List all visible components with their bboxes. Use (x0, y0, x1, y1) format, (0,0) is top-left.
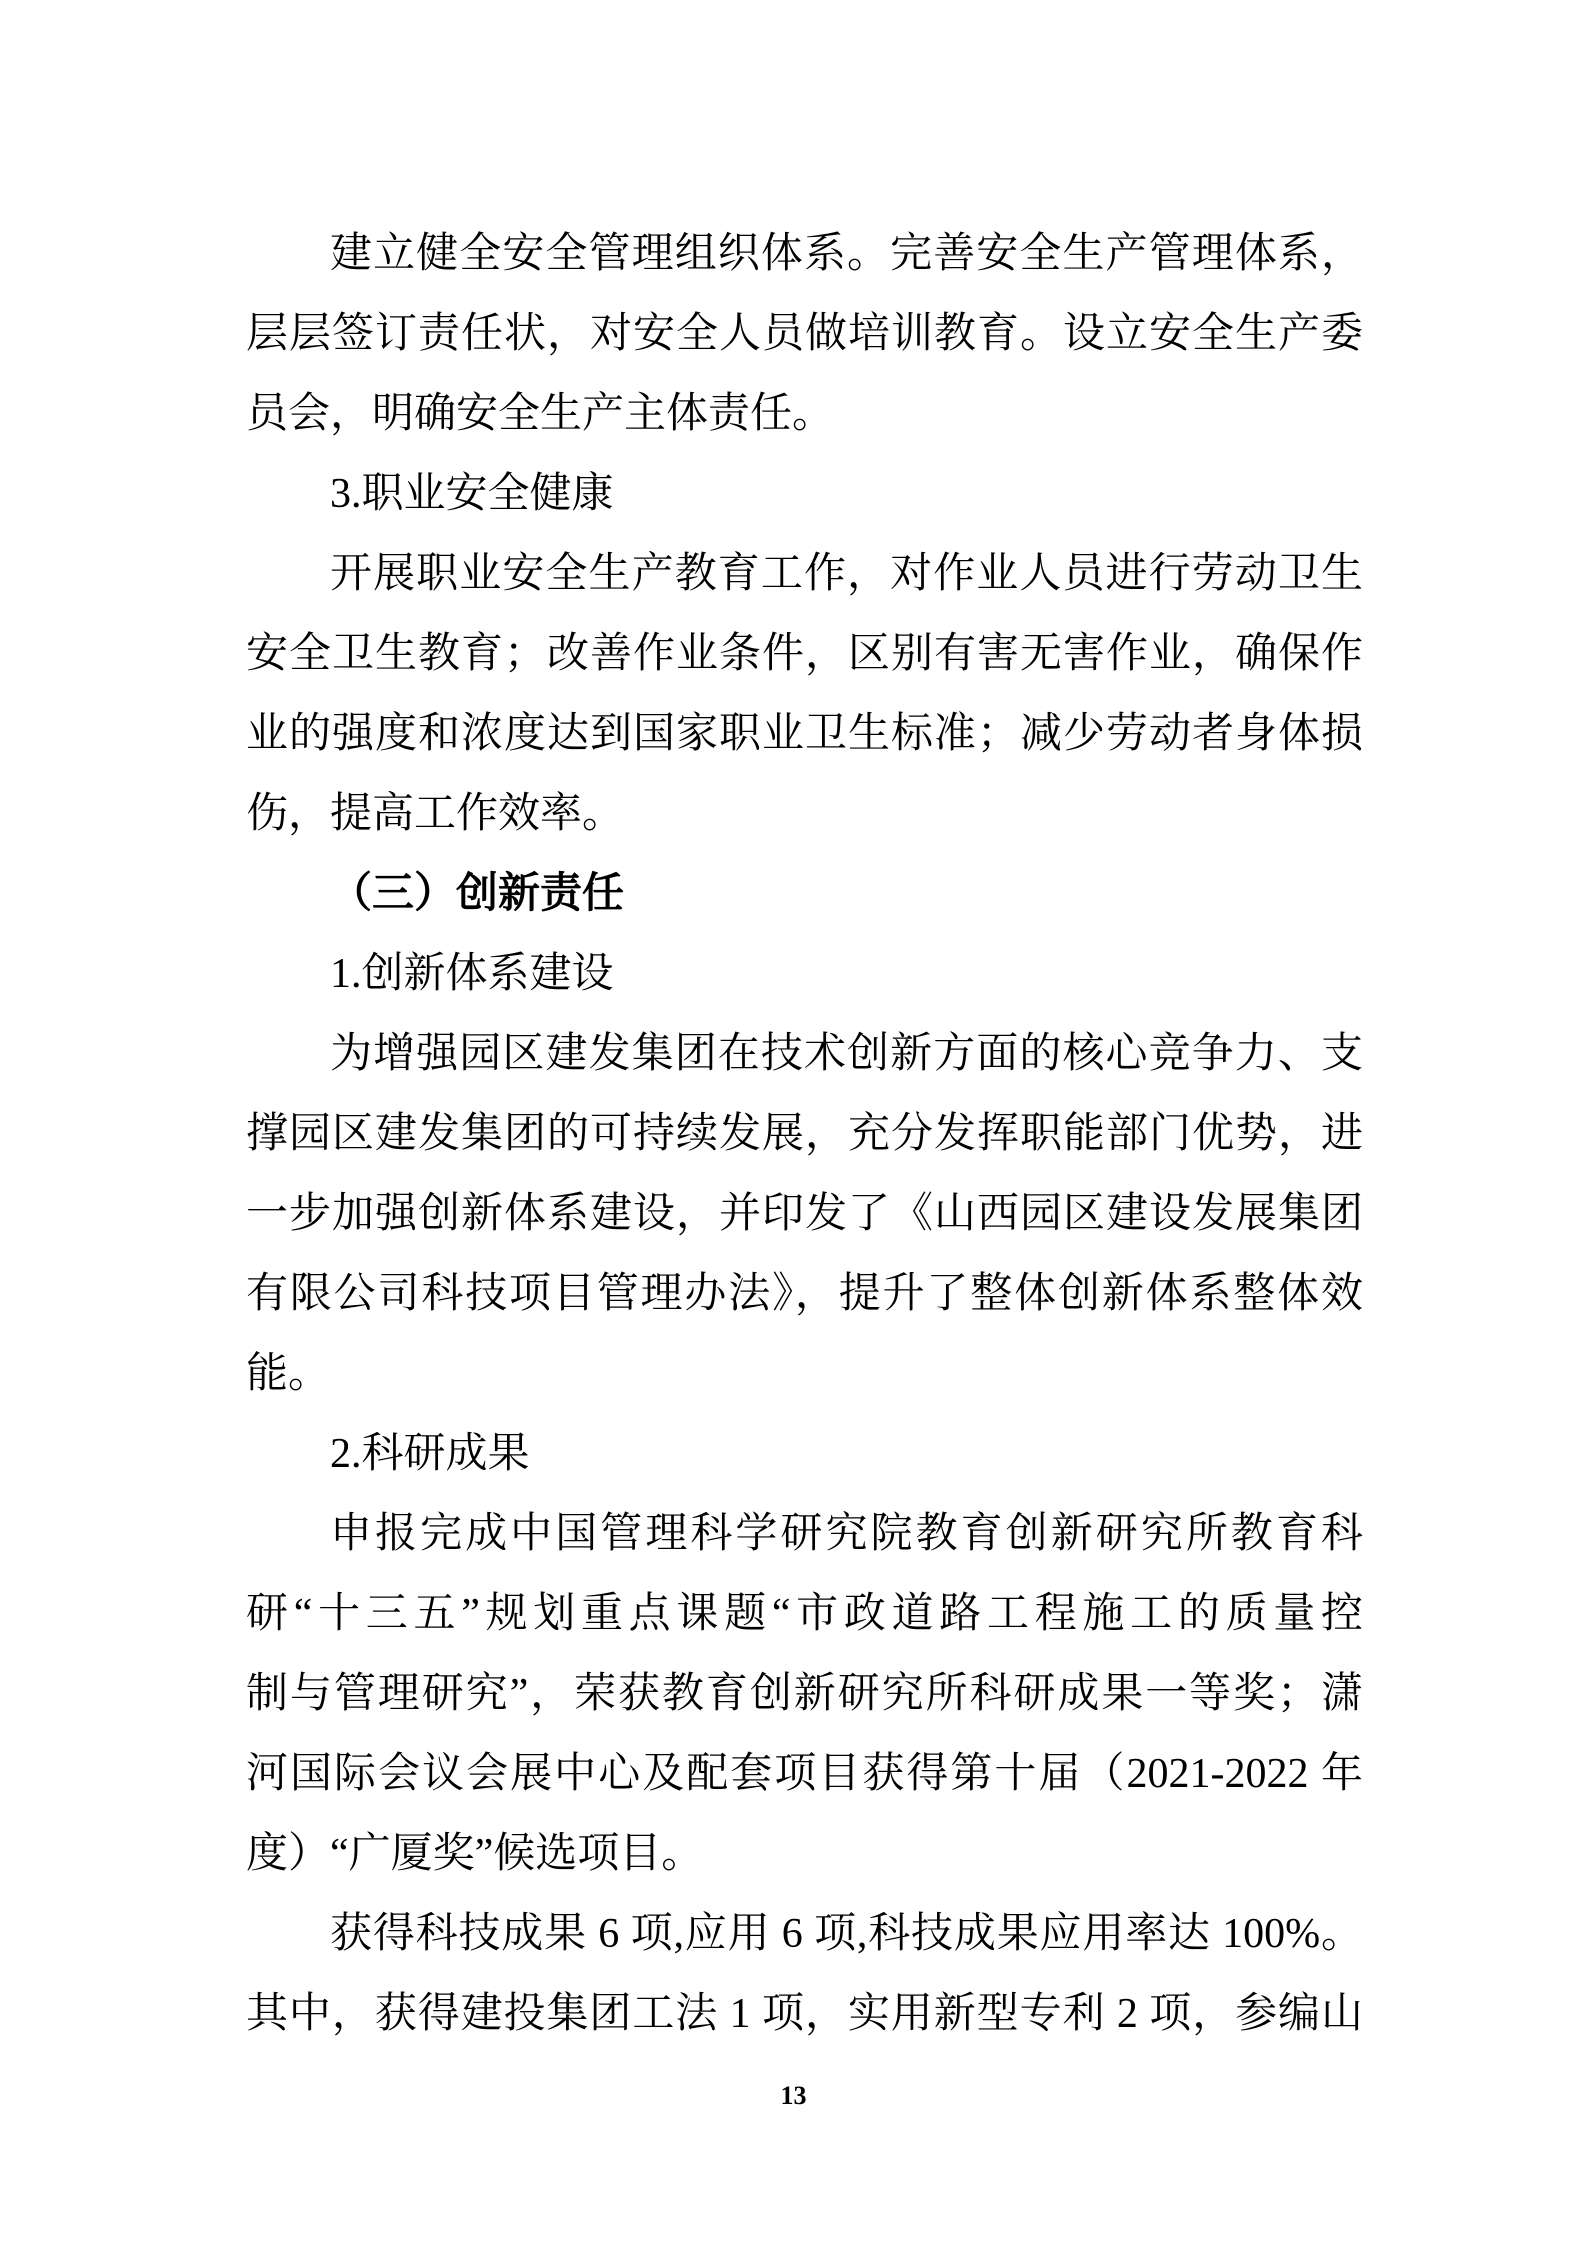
text-line: 研“十三五”规划重点课题“市政道路工程施工的质量控 (246, 1574, 1363, 1654)
document-page: 建立健全安全管理组织体系。完善安全生产管理体系，层层签订责任状，对安全人员做培训… (0, 0, 1587, 2245)
text-line: 安全卫生教育；改善作业条件，区别有害无害作业，确保作 (246, 614, 1363, 694)
text-line: 开展职业安全生产教育工作，对作业人员进行劳动卫生 (246, 534, 1363, 614)
text-line: 其中，获得建投集团工法 1 项，实用新型专利 2 项，参编山 (246, 1974, 1363, 2054)
text-line: 2.科研成果 (246, 1414, 1363, 1494)
text-line: 1.创新体系建设 (246, 934, 1363, 1014)
text-line: 3.职业安全健康 (246, 454, 1363, 534)
text-line: （三）创新责任 (246, 854, 1363, 934)
text-line: 伤，提高工作效率。 (246, 774, 1363, 854)
text-line: 度）“广厦奖”候选项目。 (246, 1814, 1363, 1894)
text-line: 撑园区建发集团的可持续发展，充分发挥职能部门优势，进 (246, 1094, 1363, 1174)
text-line: 业的强度和浓度达到国家职业卫生标准；减少劳动者身体损 (246, 694, 1363, 774)
text-line: 建立健全安全管理组织体系。完善安全生产管理体系， (246, 214, 1363, 294)
document-body: 建立健全安全管理组织体系。完善安全生产管理体系，层层签订责任状，对安全人员做培训… (246, 214, 1363, 2054)
text-line: 获得科技成果 6 项,应用 6 项,科技成果应用率达 100%。 (246, 1894, 1363, 1974)
text-line: 制与管理研究”，荣获教育创新研究所科研成果一等奖；潇 (246, 1654, 1363, 1734)
text-line: 层层签订责任状，对安全人员做培训教育。设立安全生产委 (246, 294, 1363, 374)
text-line: 员会，明确安全生产主体责任。 (246, 374, 1363, 454)
page-number: 13 (0, 2080, 1587, 2112)
text-line: 申报完成中国管理科学研究院教育创新研究所教育科 (246, 1494, 1363, 1574)
text-line: 为增强园区建发集团在技术创新方面的核心竞争力、支 (246, 1014, 1363, 1094)
text-line: 河国际会议会展中心及配套项目获得第十届（2021-2022 年 (246, 1734, 1363, 1814)
text-line: 能。 (246, 1334, 1363, 1414)
text-line: 一步加强创新体系建设，并印发了《山西园区建设发展集团 (246, 1174, 1363, 1254)
text-line: 有限公司科技项目管理办法》，提升了整体创新体系整体效 (246, 1254, 1363, 1334)
